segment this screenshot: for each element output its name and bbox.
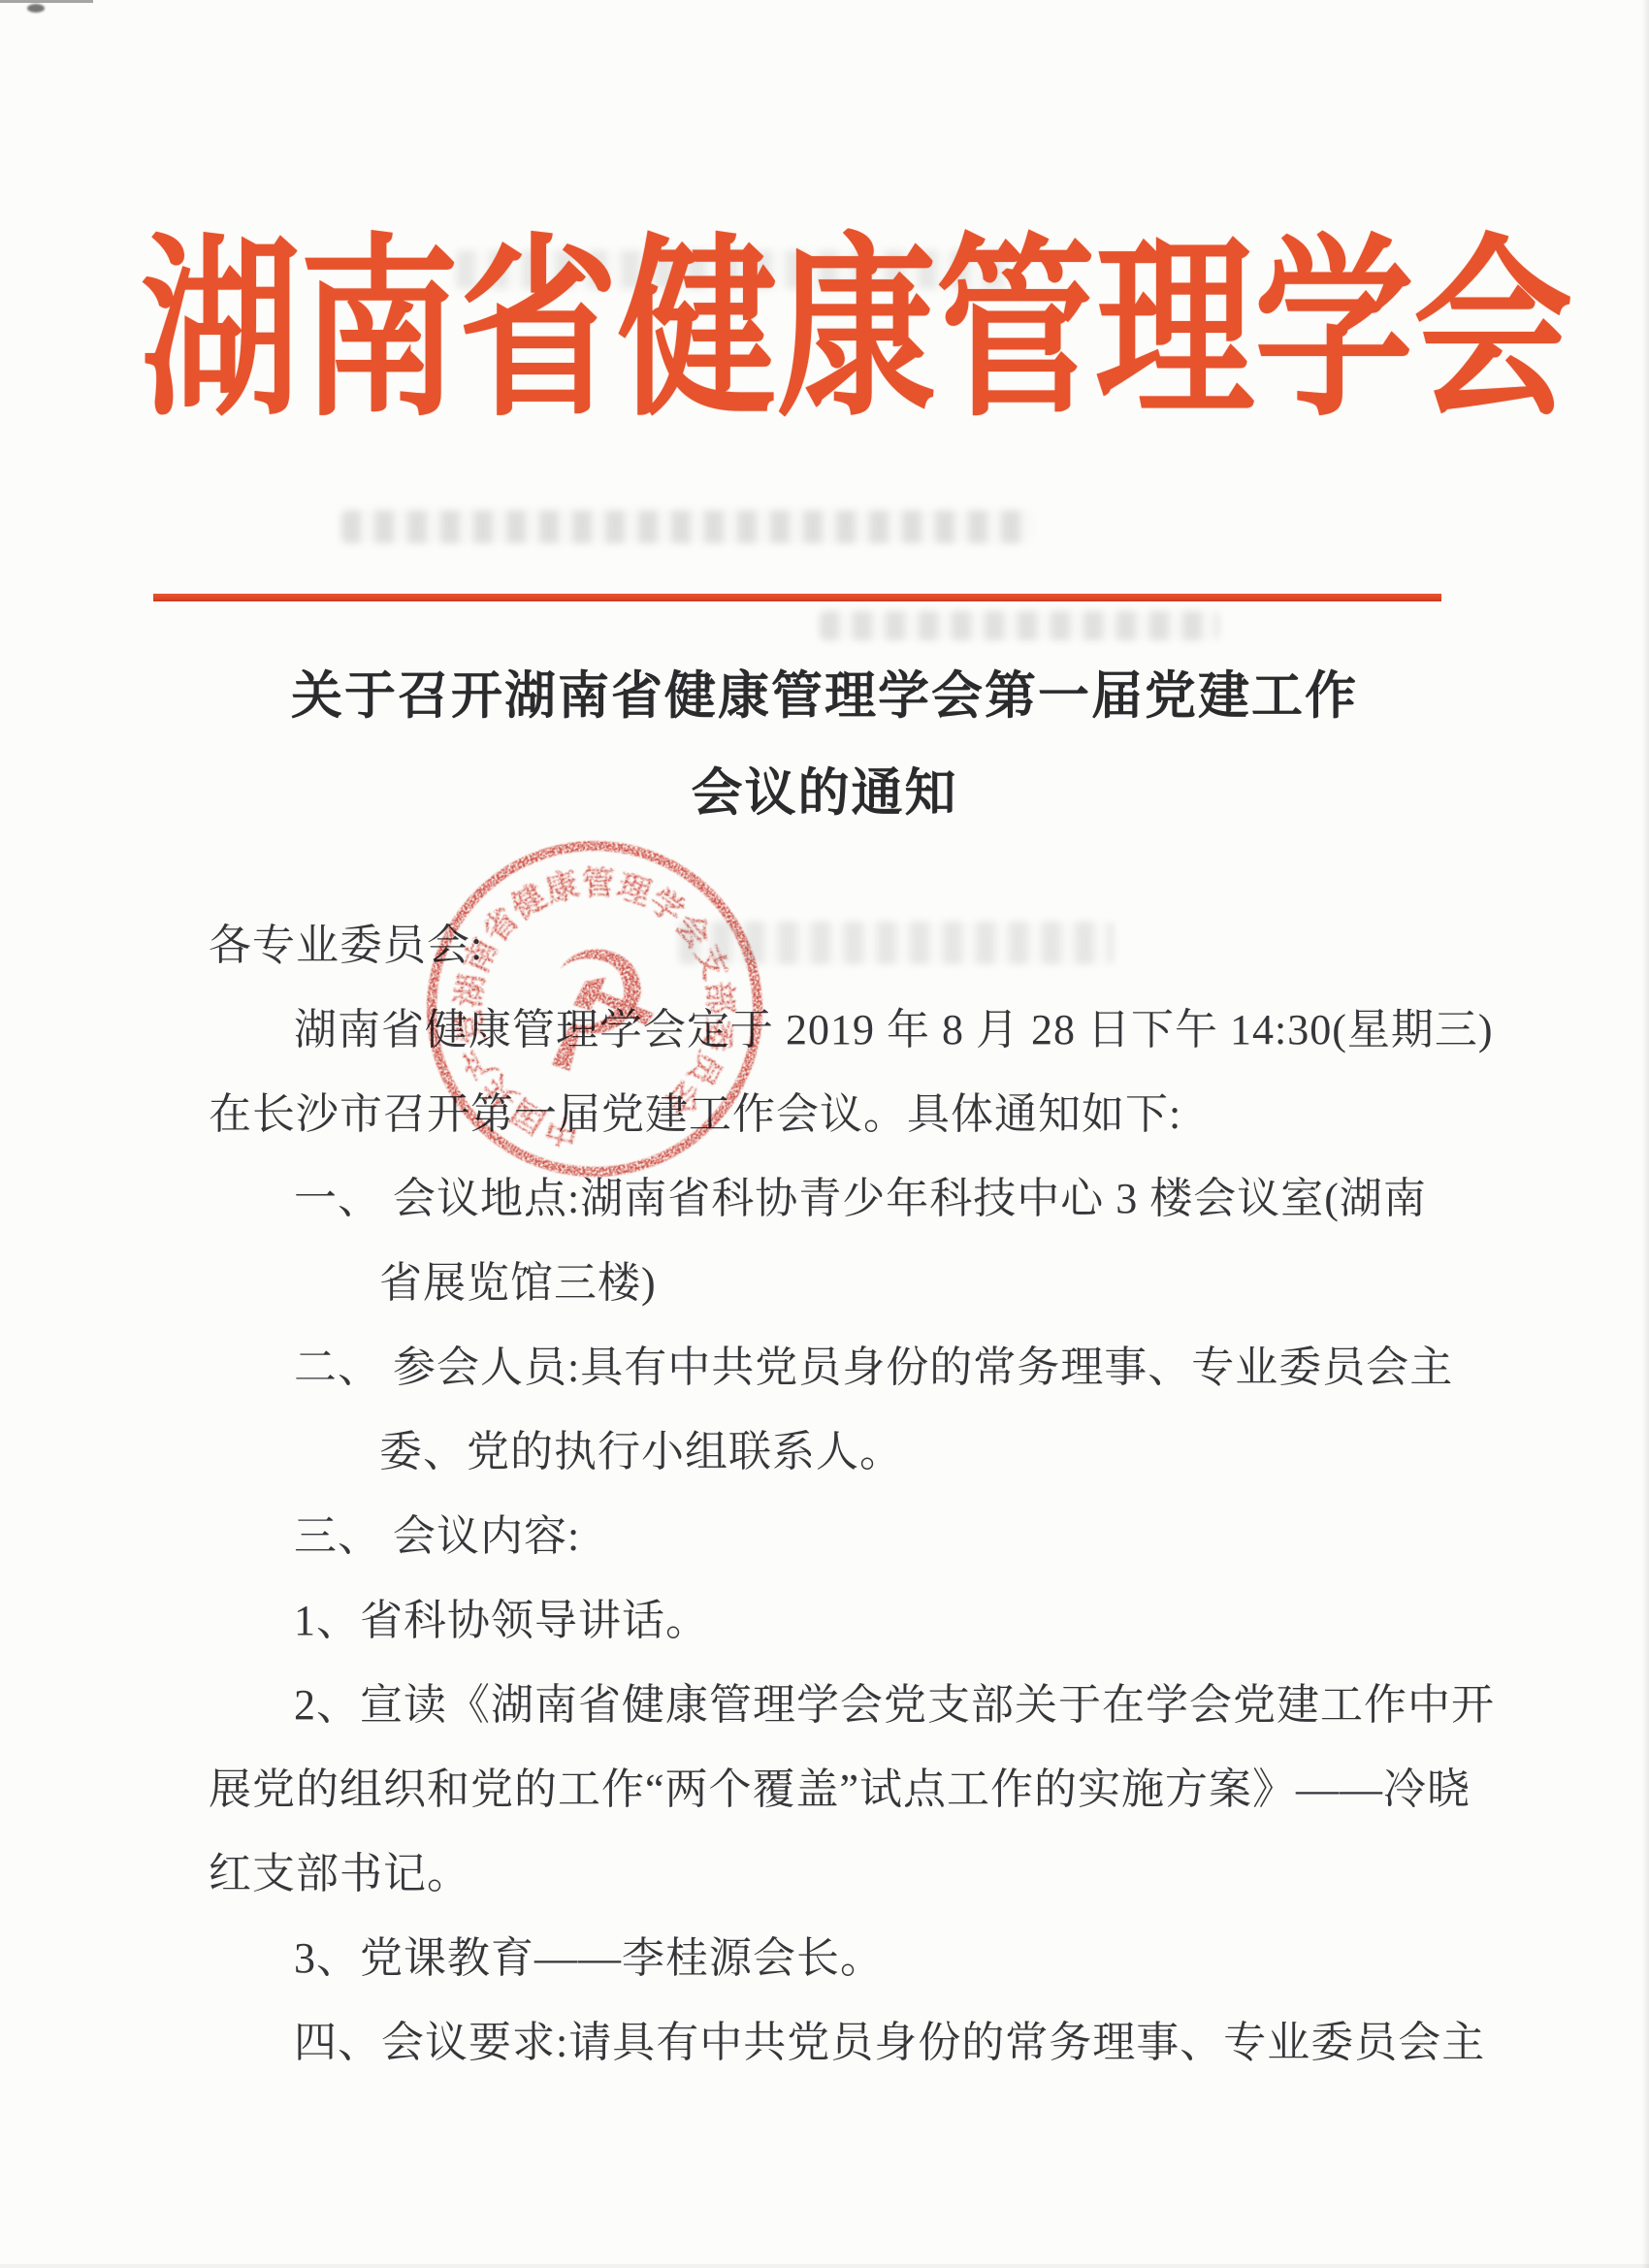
body-line: 展党的组织和党的工作“两个覆盖”试点工作的实施方案》——冷晓 xyxy=(209,1747,1460,1831)
scanned-notice-page: { "colors": { "letterhead_red": "#e6532c… xyxy=(0,0,1649,2268)
body-line: 三、 会议内容: xyxy=(209,1494,1460,1578)
body-line: 委、党的执行小组联系人。 xyxy=(209,1409,1460,1494)
doc-title-line1: 关于召开湖南省健康管理学会第一届党建工作 xyxy=(126,648,1523,745)
scan-speck xyxy=(27,4,45,13)
body-line-text: 二、 参会人员:具有中共党员身份的常务理事、专业委员会主 xyxy=(294,1344,1453,1391)
body-line: 在长沙市召开第一届党建工作会议。具体通知如下: xyxy=(209,1072,1460,1156)
letterhead-char: 康 xyxy=(777,236,936,430)
bleed-through-smudge xyxy=(820,611,1219,640)
body-line-text: 展党的组织和党的工作“两个覆盖”试点工作的实施方案》——冷晓 xyxy=(209,1766,1471,1813)
body-line-text: 湖南省健康管理学会定于 2019 年 8 月 28 日下午 14:30(星期三) xyxy=(294,1006,1494,1053)
body-line-text: 3、党课教育——李桂源会长。 xyxy=(294,1934,884,1982)
body-line-text: 在长沙市召开第一届党建工作会议。具体通知如下: xyxy=(209,1090,1181,1138)
scan-edge-artifact xyxy=(0,2264,1649,2268)
letterhead-char: 健 xyxy=(618,236,777,430)
body-line: 红支部书记。 xyxy=(209,1831,1460,1916)
scan-edge-artifact xyxy=(0,0,93,3)
body-line-text: 委、党的执行小组联系人。 xyxy=(379,1428,903,1475)
body-paragraphs: 各专业委员会: 湖南省健康管理学会定于 2019 年 8 月 28 日下午 14… xyxy=(209,903,1460,2085)
body-line-text: 1、省科协领导讲话。 xyxy=(294,1597,709,1644)
body-line: 省展览馆三楼) xyxy=(209,1241,1460,1325)
body-line: 一、 会议地点:湖南省科协青少年科技中心 3 楼会议室(湖南 xyxy=(209,1156,1460,1241)
body-line-text: 各专业委员会: xyxy=(209,922,483,969)
doc-title: 关于召开湖南省健康管理学会第一届党建工作 会议的通知 xyxy=(126,648,1523,842)
body-line: 1、省科协领导讲话。 xyxy=(209,1578,1460,1663)
letterhead-char: 省 xyxy=(459,236,618,430)
body-line-text: 2、宣读《湖南省健康管理学会党支部关于在学会党建工作中开 xyxy=(294,1681,1495,1729)
letterhead-char: 学 xyxy=(1254,236,1413,430)
body-line: 3、党课教育——李桂源会长。 xyxy=(209,1916,1460,2000)
body-line: 2、宣读《湖南省健康管理学会党支部关于在学会党建工作中开 xyxy=(209,1663,1460,1747)
body-line-text: 红支部书记。 xyxy=(209,1850,470,1897)
body-line: 四、会议要求:请具有中共党员身份的常务理事、专业委员会主 xyxy=(209,2000,1460,2085)
letterhead-char: 理 xyxy=(1095,236,1254,430)
letterhead-org-name: 湖南省健康管理学会 xyxy=(141,236,1462,484)
body-line: 二、 参会人员:具有中共党员身份的常务理事、专业委员会主 xyxy=(209,1325,1460,1409)
body-line: 湖南省健康管理学会定于 2019 年 8 月 28 日下午 14:30(星期三) xyxy=(209,988,1460,1072)
letterhead-rule xyxy=(153,594,1441,601)
body-line-text: 省展览馆三楼) xyxy=(379,1259,657,1307)
letterhead-char: 会 xyxy=(1413,236,1572,430)
body-line-text: 三、 会议内容: xyxy=(294,1512,580,1560)
doc-title-line2: 会议的通知 xyxy=(126,745,1523,842)
letterhead-char: 管 xyxy=(936,236,1095,430)
letterhead-char: 湖 xyxy=(141,236,300,430)
letterhead-char: 南 xyxy=(300,236,459,430)
scan-edge-artifact xyxy=(1642,0,1649,2268)
seal-arc-char: 管 xyxy=(581,864,615,903)
bleed-through-smudge xyxy=(341,510,1032,543)
body-line-text: 一、 会议地点:湖南省科协青少年科技中心 3 楼会议室(湖南 xyxy=(294,1175,1427,1222)
body-line: 各专业委员会: xyxy=(209,903,1460,988)
body-line-text: 四、会议要求:请具有中共党员身份的常务理事、专业委员会主 xyxy=(294,2019,1485,2066)
